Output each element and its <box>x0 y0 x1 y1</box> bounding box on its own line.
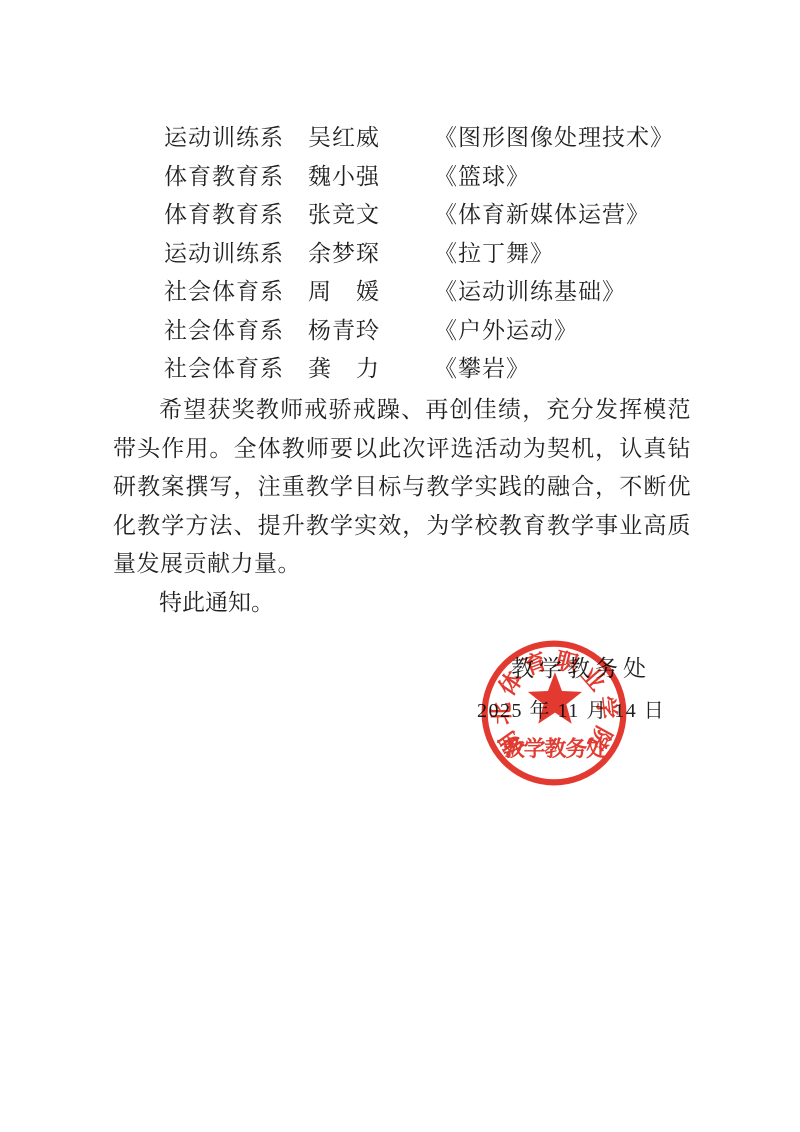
award-course-title: 《体育新媒体运营》 <box>434 196 650 235</box>
award-row: 体育教育系 张竞文 《体育新媒体运营》 <box>164 196 674 235</box>
award-department: 运动训练系 <box>164 235 308 274</box>
award-teacher-name: 余梦琛 <box>308 235 434 274</box>
official-seal: 湖北体育职业学院 教学教务处 <box>478 637 630 789</box>
award-row: 社会体育系 龚 力 《攀岩》 <box>164 350 674 389</box>
closing-line: 特此通知。 <box>113 584 691 623</box>
award-list: 运动训练系 吴红威 《图形图像处理技术》 体育教育系 魏小强 《篮球》 体育教育… <box>164 119 674 389</box>
award-course-title: 《篮球》 <box>434 158 530 197</box>
notice-paragraph: 希望获奖教师戒骄戒躁、再创佳绩，充分发挥模范带头作用。全体教师要以此次评选活动为… <box>113 391 691 584</box>
document-page: 运动训练系 吴红威 《图形图像处理技术》 体育教育系 魏小强 《篮球》 体育教育… <box>0 0 800 1132</box>
notice-body: 希望获奖教师戒骄戒躁、再创佳绩，充分发挥模范带头作用。全体教师要以此次评选活动为… <box>113 391 691 622</box>
seal-graphic: 湖北体育职业学院 教学教务处 <box>478 637 630 789</box>
award-department: 体育教育系 <box>164 158 308 197</box>
award-department: 运动训练系 <box>164 119 308 158</box>
award-teacher-name: 张竞文 <box>308 196 434 235</box>
award-course-title: 《图形图像处理技术》 <box>434 119 674 158</box>
award-row: 体育教育系 魏小强 《篮球》 <box>164 158 674 197</box>
award-row: 社会体育系 杨青玲 《户外运动》 <box>164 312 674 351</box>
award-row: 社会体育系 周 媛 《运动训练基础》 <box>164 273 674 312</box>
award-course-title: 《攀岩》 <box>434 350 530 389</box>
star-icon <box>528 672 582 724</box>
award-teacher-name: 龚 力 <box>308 350 434 389</box>
award-course-title: 《户外运动》 <box>434 312 578 351</box>
award-row: 运动训练系 吴红威 《图形图像处理技术》 <box>164 119 674 158</box>
award-row: 运动训练系 余梦琛 《拉丁舞》 <box>164 235 674 274</box>
award-department: 社会体育系 <box>164 350 308 389</box>
award-teacher-name: 吴红威 <box>308 119 434 158</box>
award-teacher-name: 魏小强 <box>308 158 434 197</box>
seal-bottom-text: 教学教务处 <box>503 736 609 761</box>
award-teacher-name: 周 媛 <box>308 273 434 312</box>
award-teacher-name: 杨青玲 <box>308 312 434 351</box>
award-department: 社会体育系 <box>164 273 308 312</box>
award-department: 体育教育系 <box>164 196 308 235</box>
award-course-title: 《运动训练基础》 <box>434 273 626 312</box>
award-department: 社会体育系 <box>164 312 308 351</box>
award-course-title: 《拉丁舞》 <box>434 235 554 274</box>
